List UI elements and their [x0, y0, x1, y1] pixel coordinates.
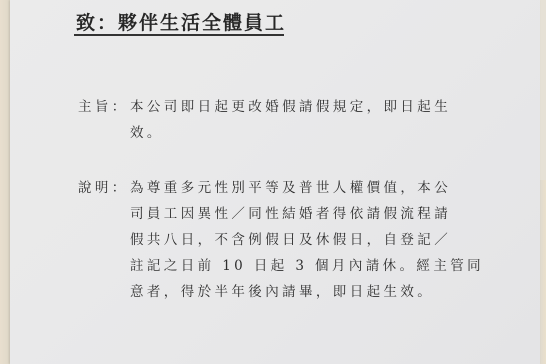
- subject-section: 主旨： 本公司即日起更改婚假請假規定，即日起生 效。: [78, 94, 546, 154]
- notice-title: 致：夥伴生活全體員工: [76, 8, 286, 35]
- subject-line: 效。: [130, 120, 530, 146]
- description-line: 為尊重多元性別平等及普世人權價值，本公: [130, 175, 530, 201]
- subject-content: 本公司即日起更改婚假請假規定，即日起生 效。: [130, 94, 530, 146]
- description-line: 意者，得於半年後內請畢，即日起生效。: [130, 279, 530, 305]
- description-line: 假共八日，不含例假日及休假日，自登記／: [130, 227, 530, 253]
- description-section: 說明： 為尊重多元性別平等及普世人權價值，本公 司員工因異性／同性結婚者得依請假…: [78, 175, 546, 315]
- description-content: 為尊重多元性別平等及普世人權價值，本公 司員工因異性／同性結婚者得依請假流程請 …: [130, 175, 530, 305]
- subject-line: 本公司即日起更改婚假請假規定，即日起生: [130, 94, 530, 120]
- description-line: 司員工因異性／同性結婚者得依請假流程請: [130, 201, 530, 227]
- description-line: 註記之日前 10 日起 3 個月內請休。經主管同: [130, 253, 530, 279]
- notice-paper: 致：夥伴生活全體員工 主旨： 本公司即日起更改婚假請假規定，即日起生 效。 說明…: [10, 0, 540, 364]
- title-underline: [74, 34, 284, 36]
- description-label: 說明：: [78, 175, 129, 201]
- subject-label: 主旨：: [78, 94, 129, 120]
